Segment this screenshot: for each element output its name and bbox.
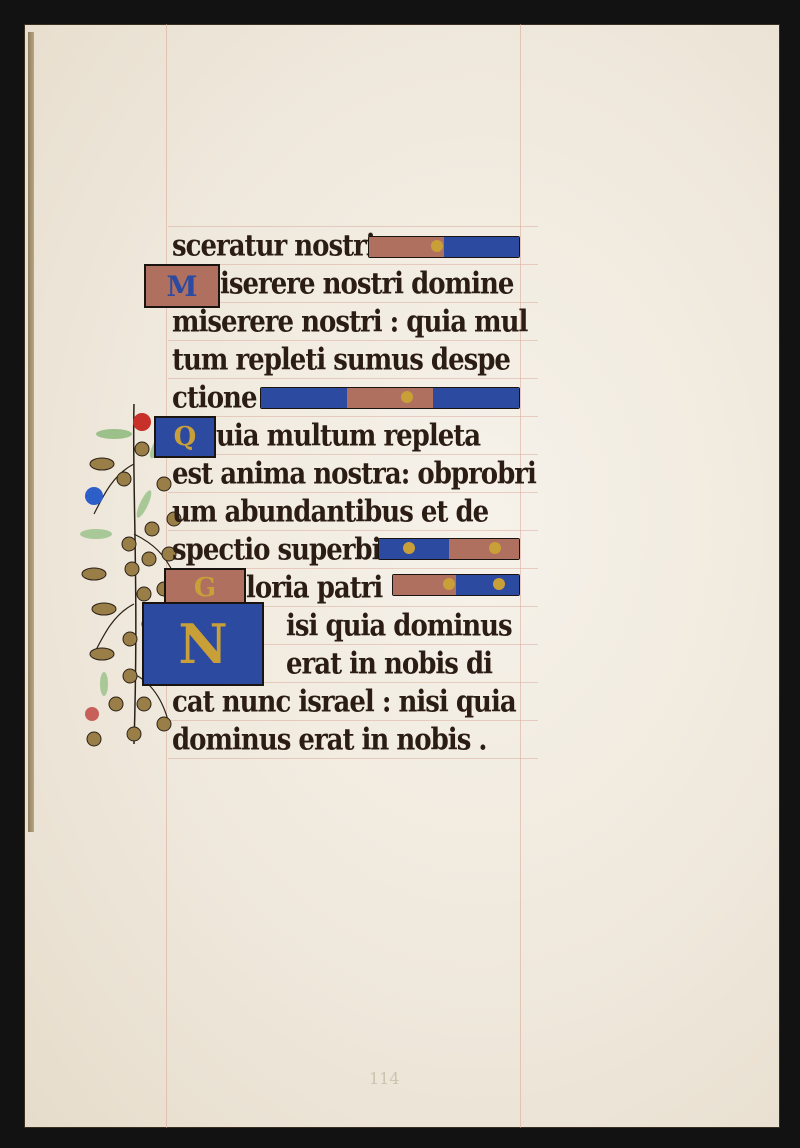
text-line: erat in nobis di <box>286 647 492 688</box>
text-line: loria patri <box>246 571 382 612</box>
text-line: dominus erat in nobis . <box>172 723 486 764</box>
line-filler <box>392 574 520 596</box>
text-line: est anima nostra: obprobri <box>172 457 536 498</box>
line-filler <box>378 538 520 560</box>
initial-q: Q <box>154 416 216 458</box>
folio-number: 114 <box>369 1069 400 1088</box>
text-line: cat nunc israel : nisi quia <box>172 685 516 726</box>
ruling-line <box>520 24 521 1128</box>
ruling-line <box>168 226 538 227</box>
text-line: uia multum repleta <box>216 419 480 460</box>
line-filler <box>260 387 520 409</box>
text-line: iserere nostri domine <box>220 267 513 308</box>
initial-n: N <box>142 602 264 686</box>
initial-m: M <box>144 264 220 308</box>
binding-edge <box>28 32 34 832</box>
text-line: um abundantibus et de <box>172 495 488 536</box>
text-line: miserere nostri : quia mul <box>172 305 527 346</box>
manuscript-leaf: sceratur nostri M iserere nostri domine … <box>24 24 780 1128</box>
text-line: tum repleti sumus despe <box>172 343 510 384</box>
line-filler <box>368 236 520 258</box>
text-line: isi quia dominus <box>286 609 512 650</box>
